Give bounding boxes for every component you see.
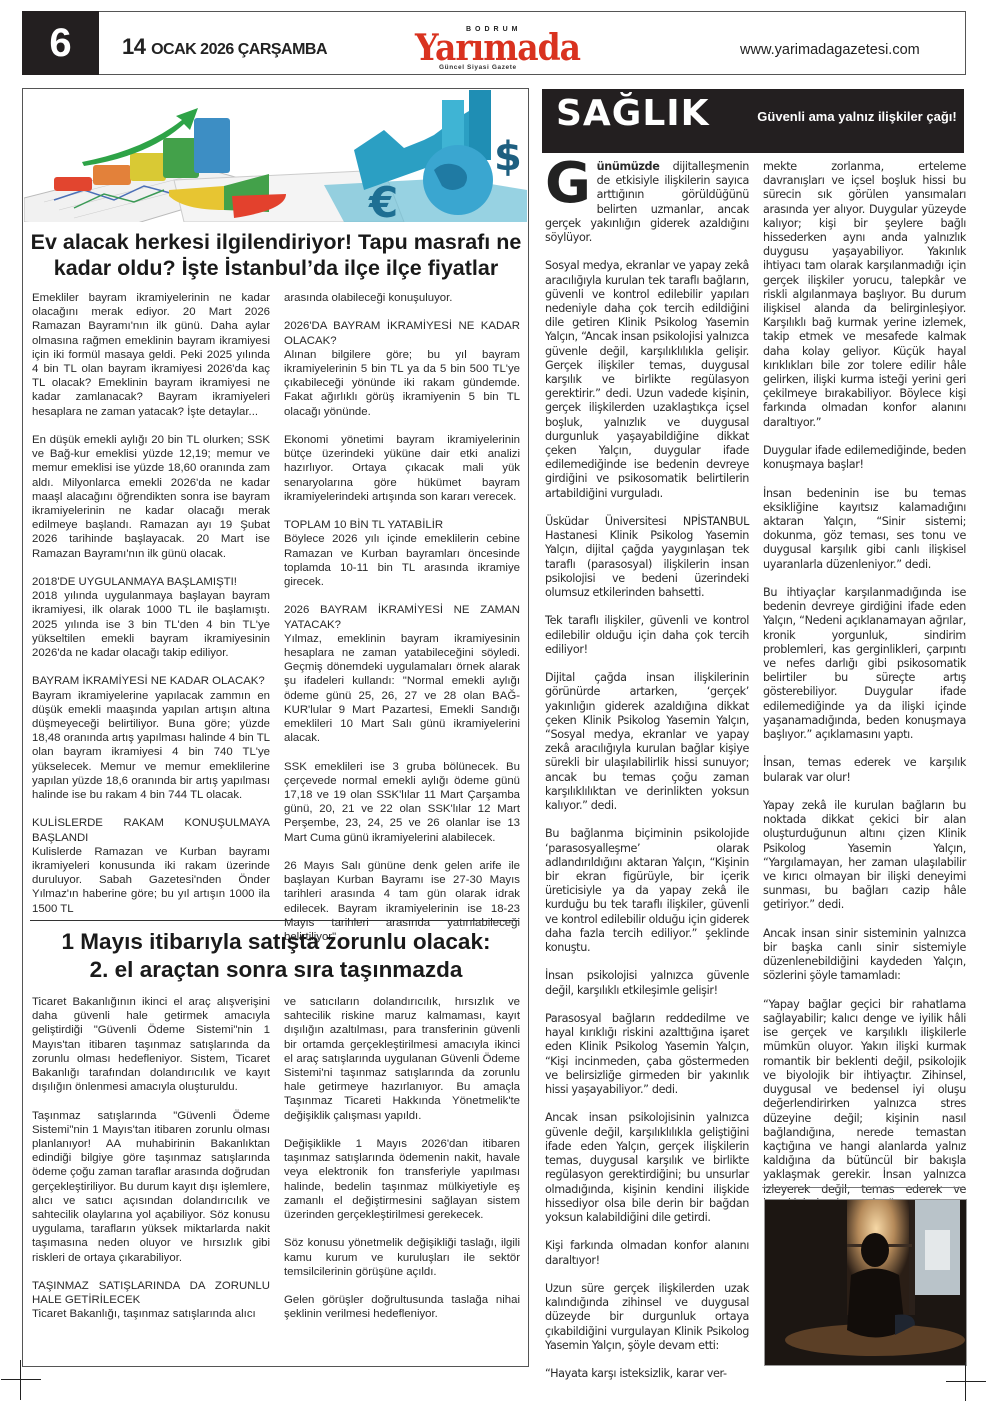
section-header-saglik: SAĞLIK Güvenli ama yalnız ilişkiler çağı… bbox=[542, 89, 964, 153]
paragraph: İnsan, temas ederek ve karşılık bularak … bbox=[763, 756, 966, 784]
paragraph: Parasosyal bağların reddedilme ve hayal … bbox=[545, 1012, 749, 1097]
column-end-rule bbox=[762, 1187, 964, 1188]
subheading: KULİSLERDE RAKAM KONUŞULMAYA BAŞLANDI bbox=[32, 816, 270, 844]
paragraph: Ancak insan sinir sisteminin yalnızca bi… bbox=[763, 927, 966, 984]
logo-tagline: Güncel Siyasi Gazete bbox=[439, 64, 517, 71]
paragraph: 2018 yılında uygulanmaya başlayan bayram… bbox=[32, 589, 270, 660]
date-month-weekday: OCAK 2026 ÇARŞAMBA bbox=[151, 41, 327, 58]
paragraph: Dijital çağda insan ilişkilerinin görünü… bbox=[545, 671, 749, 813]
paragraph: Taşınmaz satışlarında "Güvenli Ödeme Sis… bbox=[32, 1109, 270, 1265]
paragraph: arasında olabileceği konuşuluyor. bbox=[284, 291, 520, 305]
paragraph: Yılmaz, emeklinin bayram ikramiyesinin h… bbox=[284, 632, 520, 746]
health-photo bbox=[764, 1199, 967, 1366]
subheading: TAŞINMAZ SATIŞLARINDA DA ZORUNLU HALE GE… bbox=[32, 1279, 270, 1307]
date-day: 14 bbox=[122, 34, 145, 59]
crop-mark bbox=[1, 1360, 41, 1400]
newspaper-logo: BODRUM Yarımada Güncel Siyasi Gazete bbox=[415, 24, 585, 72]
subheading: 2026'DA BAYRAM İKRAMİYESİ NE KADAR OLACA… bbox=[284, 319, 520, 347]
crop-mark bbox=[946, 1362, 986, 1401]
paragraph: Ticaret Bakanlığı, taşınmaz satışlarında… bbox=[32, 1307, 270, 1321]
health-headline: Güvenli ama yalnız ilişkiler çağı! bbox=[752, 109, 962, 125]
svg-text:$: $ bbox=[494, 134, 522, 180]
paragraph: Tek taraflı ilişkiler, güvenli ve kontro… bbox=[545, 614, 749, 657]
lead-bold: ünümüzde bbox=[597, 160, 660, 173]
page-number: 6 bbox=[22, 11, 99, 75]
finance-hero-image: € $ bbox=[24, 90, 527, 222]
paragraph: Sosyal medya, ekranlar ve yapay zekâ ara… bbox=[545, 259, 749, 500]
subheading: BAYRAM İKRAMİYESİ NE KADAR OLACAK? bbox=[32, 674, 270, 688]
article1-column-1: Emekliler bayram ikramiyelerinin ne kada… bbox=[32, 291, 270, 930]
section-title: SAĞLIK bbox=[556, 93, 710, 134]
subheading: 2018'DE UYGULANMAYA BAŞLAMIŞTI! bbox=[32, 575, 270, 589]
paragraph: En düşük emekli aylığı 20 bin TL olurken… bbox=[32, 433, 270, 561]
svg-text:€: € bbox=[368, 178, 398, 222]
paragraph: Duygular ifade edilemediğinde, beden kon… bbox=[763, 444, 966, 472]
paragraph: Alınan bilgilere göre; bu yıl bayram ikr… bbox=[284, 348, 520, 419]
logo-name: Yarımada bbox=[415, 26, 580, 69]
article1-column-2: arasında olabileceği konuşuluyor.2026'DA… bbox=[284, 291, 520, 958]
article2-column-2: ve satıcıların dolandırıcılık, hırsızlık… bbox=[284, 995, 520, 1336]
article2-headline-line1: 1 Mayıs itibarıyla satışta zorunlu olaca… bbox=[30, 928, 522, 956]
subheading: TOPLAM 10 BİN TL YATABİLİR bbox=[284, 518, 520, 532]
paragraph: Emekliler bayram ikramiyelerinin ne kada… bbox=[32, 291, 270, 419]
paragraph: Bu bağlanma biçiminin psikolojide ‘paras… bbox=[545, 827, 749, 955]
paragraph: Söz konusu yönetmelik değişikliği taslağ… bbox=[284, 1236, 520, 1279]
paragraph: Kişi farkında olmadan konfor alanını dar… bbox=[545, 1239, 749, 1267]
article-divider bbox=[30, 920, 519, 921]
paragraph: mekte zorlanma, erteleme davranışları ve… bbox=[763, 160, 966, 430]
paragraph: Bayram ikramiyelerine yapılacak zammın e… bbox=[32, 689, 270, 803]
paragraph: Ticaret Bakanlığının ikinci el araç alış… bbox=[32, 995, 270, 1094]
paragraph: Üsküdar Üniversitesi NPİSTANBUL Hastanes… bbox=[545, 515, 749, 600]
paragraph: SSK emeklileri ise 3 gruba bölünecek. Bu… bbox=[284, 760, 520, 845]
paragraph: Bu ihtiyaçlar karşılanmadığında ise bede… bbox=[763, 586, 966, 742]
paragraph: Ekonomi yönetimi bayram ikramiyelerinin … bbox=[284, 433, 520, 504]
health-column-1: Günümüzde dijitalleşmenin de etkisiyle i… bbox=[545, 160, 749, 1395]
paragraph: İnsan psikolojisi yalnızca güvenle değil… bbox=[545, 969, 749, 997]
article2-headline-line2: 2. el araçtan sonra sıra taşınmazda bbox=[30, 956, 522, 984]
drop-cap: G bbox=[545, 162, 591, 206]
health-lead: Günümüzde dijitalleşmenin de etkisiyle i… bbox=[545, 160, 749, 245]
paragraph: “Yapay bağlar geçici bir rahatlama sağla… bbox=[763, 998, 966, 1211]
health-column-2: mekte zorlanma, erteleme davranışları ve… bbox=[763, 160, 966, 1225]
subheading: 2026 BAYRAM İKRAMİYESİ NE ZAMAN YATACAK? bbox=[284, 603, 520, 631]
article2-headline: 1 Mayıs itibarıyla satışta zorunlu olaca… bbox=[30, 928, 522, 984]
paragraph: Gelen görüşler doğrultusunda taslağa nih… bbox=[284, 1293, 520, 1321]
paragraph: Kulislerde Ramazan ve Kurban bayramı ikr… bbox=[32, 845, 270, 916]
paragraph: Yapay zekâ ile kurulan bağların bu nokta… bbox=[763, 799, 966, 913]
paragraph: Uzun süre gerçek ilişkilerden uzak kalın… bbox=[545, 1282, 749, 1353]
article2-column-1: Ticaret Bakanlığının ikinci el araç alış… bbox=[32, 995, 270, 1336]
paragraph: İnsan bedeninin ise bu temas eksikliğine… bbox=[763, 487, 966, 572]
paragraph: “Hayata karşı isteksizlik, karar ver- bbox=[545, 1367, 749, 1381]
paragraph: Ancak insan psikolojisinin yalnızca güve… bbox=[545, 1111, 749, 1225]
paragraph: ve satıcıların dolandırıcılık, hırsızlık… bbox=[284, 995, 520, 1123]
paragraph: Değişiklikle 1 Mayıs 2026'dan itibaren t… bbox=[284, 1137, 520, 1222]
website-url[interactable]: www.yarimadagazetesi.com bbox=[740, 42, 920, 58]
article1-headline: Ev alacak herkesi ilgilendiriyor! Tapu m… bbox=[30, 229, 522, 281]
paragraph: Böylece 2026 yılı içinde emeklilerin ceb… bbox=[284, 532, 520, 589]
issue-date: 14 OCAK 2026 ÇARŞAMBA bbox=[122, 34, 327, 60]
